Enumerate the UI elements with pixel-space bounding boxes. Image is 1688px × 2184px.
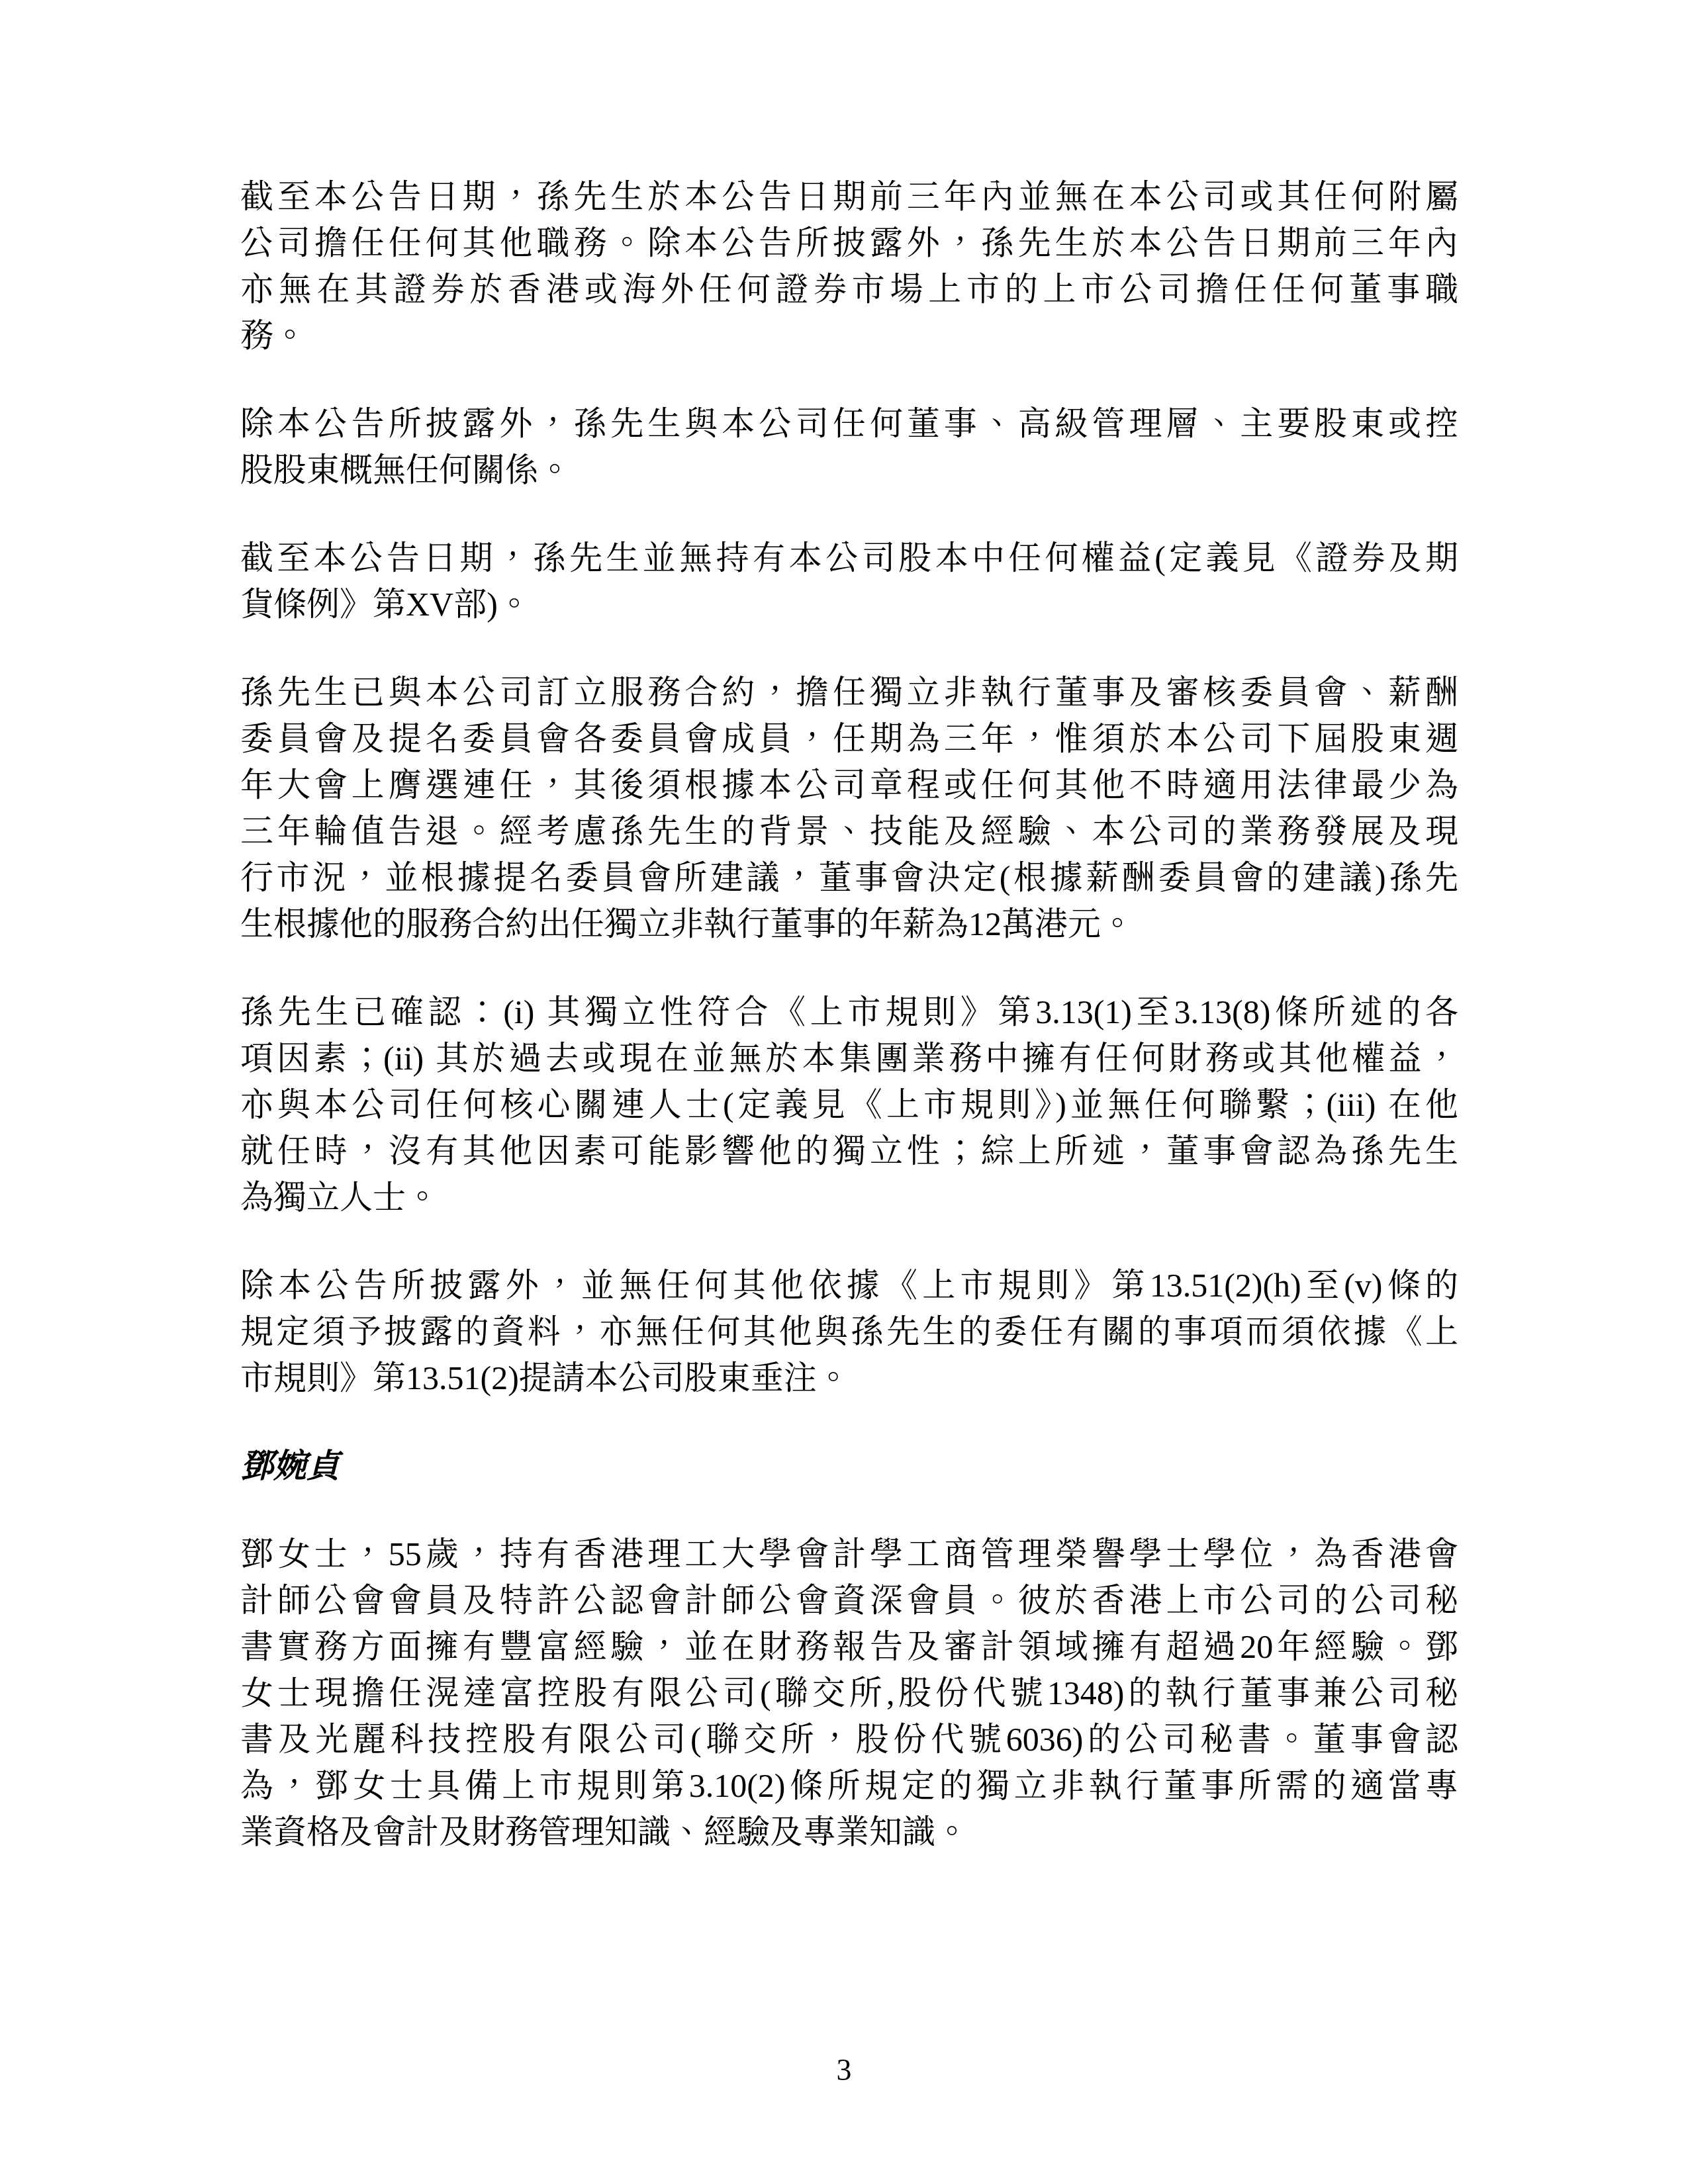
text-line: 三年輪值告退。經考慮孫先生的背景、技能及經驗、本公司的業務發展及現 (240, 808, 1458, 854)
text-line: 孫先生已確認：(i) 其獨立性符合《上市規則》第3.13(1)至3.13(8)條… (240, 989, 1458, 1035)
text-line: 業資格及會計及財務管理知識、經驗及專業知識。 (240, 1809, 1458, 1855)
paragraph: 截至本公告日期，孫先生於本公告日期前三年內並無在本公司或其任何附屬公司擔任任何其… (240, 173, 1458, 359)
text-line: 亦無在其證券於香港或海外任何證券市場上市的上市公司擔任任何董事職 (240, 266, 1458, 312)
announcement-body: 截至本公告日期，孫先生於本公告日期前三年內並無在本公司或其任何附屬公司擔任任何其… (240, 173, 1458, 1855)
text-line: 行市況，並根據提名委員會所建議，董事會決定(根據薪酬委員會的建議)孫先 (240, 854, 1458, 901)
paragraph: 鄧女士，55歲，持有香港理工大學會計學工商管理榮譽學士學位，為香港會計師公會會員… (240, 1531, 1458, 1855)
text-line: 務。 (240, 312, 1458, 359)
text-line: 截至本公告日期，孫先生並無持有本公司股本中任何權益(定義見《證券及期 (240, 535, 1458, 581)
text-line: 書實務方面擁有豐富經驗，並在財務報告及審計領域擁有超過20年經驗。鄧 (240, 1623, 1458, 1670)
text-line: 除本公告所披露外，並無任何其他依據《上市規則》第13.51(2)(h)至(v)條… (240, 1262, 1458, 1308)
text-line: 市規則》第13.51(2)提請本公司股東垂注。 (240, 1355, 1458, 1401)
text-line: 項因素；(ii) 其於過去或現在並無於本集團業務中擁有任何財務或其他權益， (240, 1035, 1458, 1081)
text-line: 生根據他的服務合約出任獨立非執行董事的年薪為12萬港元。 (240, 901, 1458, 947)
text-line: 年大會上膺選連任，其後須根據本公司章程或任何其他不時適用法律最少為 (240, 762, 1458, 808)
page-number: 3 (0, 2047, 1688, 2093)
text-line: 股股東概無任何關係。 (240, 447, 1458, 493)
text-line: 截至本公告日期，孫先生於本公告日期前三年內並無在本公司或其任何附屬 (240, 173, 1458, 220)
paragraph: 除本公告所披露外，孫先生與本公司任何董事、高級管理層、主要股東或控股股東概無任何… (240, 400, 1458, 493)
heading-text-line: 鄧婉貞 (240, 1443, 1458, 1489)
text-line: 孫先生已與本公司訂立服務合約，擔任獨立非執行董事及審核委員會、薪酬 (240, 669, 1458, 715)
paragraph: 孫先生已確認：(i) 其獨立性符合《上市規則》第3.13(1)至3.13(8)條… (240, 989, 1458, 1220)
paragraph: 截至本公告日期，孫先生並無持有本公司股本中任何權益(定義見《證券及期貨條例》第X… (240, 535, 1458, 627)
paragraph: 孫先生已與本公司訂立服務合約，擔任獨立非執行董事及審核委員會、薪酬委員會及提名委… (240, 669, 1458, 947)
text-line: 鄧女士，55歲，持有香港理工大學會計學工商管理榮譽學士學位，為香港會 (240, 1531, 1458, 1577)
text-line: 貨條例》第XV部)。 (240, 581, 1458, 627)
text-line: 規定須予披露的資料，亦無任何其他與孫先生的委任有關的事項而須依據《上 (240, 1308, 1458, 1355)
document-page: 截至本公告日期，孫先生於本公告日期前三年內並無在本公司或其任何附屬公司擔任任何其… (0, 0, 1688, 2184)
text-line: 計師公會會員及特許公認會計師公會資深會員。彼於香港上市公司的公司秘 (240, 1577, 1458, 1623)
text-line: 為，鄧女士具備上市規則第3.10(2)條所規定的獨立非執行董事所需的適當專 (240, 1762, 1458, 1809)
text-line: 女士現擔任滉達富控股有限公司(聯交所,股份代號1348)的執行董事兼公司秘 (240, 1670, 1458, 1716)
text-line: 公司擔任任何其他職務。除本公告所披露外，孫先生於本公告日期前三年內 (240, 220, 1458, 266)
text-line: 書及光麗科技控股有限公司(聯交所，股份代號6036)的公司秘書。董事會認 (240, 1716, 1458, 1762)
text-line: 委員會及提名委員會各委員會成員，任期為三年，惟須於本公司下屆股東週 (240, 715, 1458, 762)
text-line: 為獨立人士。 (240, 1174, 1458, 1220)
text-line: 除本公告所披露外，孫先生與本公司任何董事、高級管理層、主要股東或控 (240, 400, 1458, 447)
text-line: 亦與本公司任何核心關連人士(定義見《上市規則》)並無任何聯繫；(iii) 在他 (240, 1081, 1458, 1128)
section-heading: 鄧婉貞 (240, 1443, 1458, 1489)
text-line: 就任時，沒有其他因素可能影響他的獨立性；綜上所述，董事會認為孫先生 (240, 1128, 1458, 1174)
paragraph: 除本公告所披露外，並無任何其他依據《上市規則》第13.51(2)(h)至(v)條… (240, 1262, 1458, 1401)
